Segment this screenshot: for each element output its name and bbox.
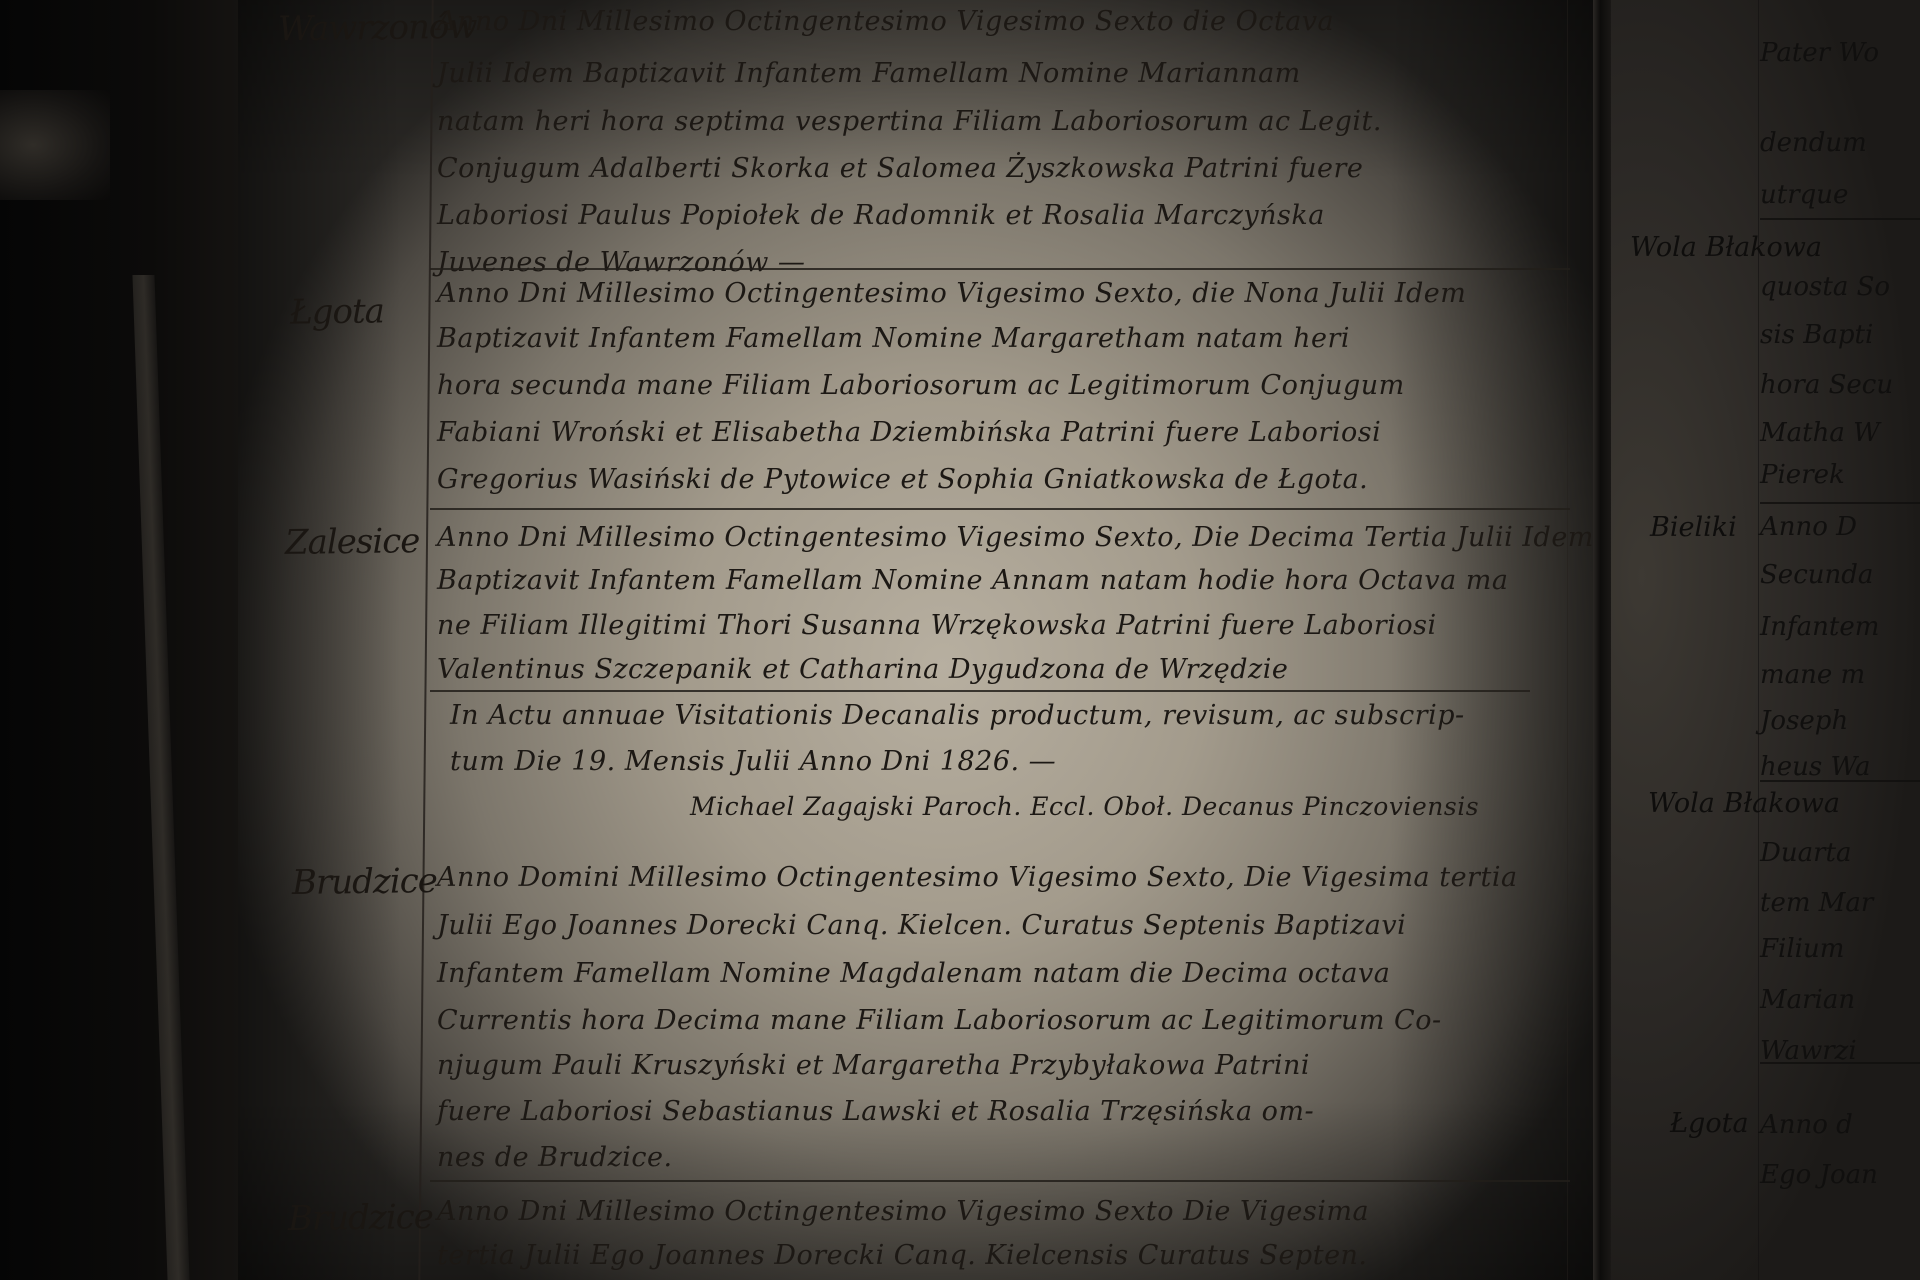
entry-line: Laboriosi Paulus Popiołek de Radomnik et… — [437, 200, 1325, 231]
right-page-place: Bieliki — [1650, 512, 1737, 543]
entry-separator — [430, 1180, 1570, 1182]
entry-separator — [430, 268, 1570, 270]
right-page-fragment: Secunda — [1760, 560, 1873, 590]
right-page-fragment: Matha W — [1760, 418, 1880, 448]
entry-place: Brudzice — [292, 861, 437, 903]
right-page-fragment: Joseph — [1760, 706, 1848, 736]
entry-line: Anno Dni Millesimo Octingentesimo Vigesi… — [437, 6, 1334, 37]
binding-highlight — [0, 90, 110, 200]
entry-line: Valentinus Szczepanik et Catharina Dygud… — [437, 654, 1288, 685]
entry-line: Infantem Famellam Nomine Magdalenam nata… — [437, 958, 1390, 989]
entry-line: natam heri hora septima vespertina Filia… — [437, 106, 1382, 137]
right-page-fragment: hora Secu — [1760, 370, 1893, 400]
right-page-fragment: heus Wa — [1760, 752, 1870, 782]
entry-line: Julii Idem Baptizavit Infantem Famellam … — [437, 58, 1301, 89]
right-page-fragment: Ego Joan — [1760, 1160, 1878, 1190]
entry-line: hora secunda mane Filiam Laboriosorum ac… — [437, 370, 1405, 401]
entry-line: njugum Pauli Kruszyński et Margaretha Pr… — [437, 1050, 1310, 1081]
entry-line: Anno Dni Millesimo Octingentesimo Vigesi… — [437, 278, 1466, 309]
right-page-place: Wola Błakowa — [1630, 232, 1822, 263]
right-page-fragment: mane m — [1760, 660, 1865, 690]
entry-separator — [430, 508, 1570, 510]
entry-line: nes de Brudzice. — [437, 1142, 673, 1173]
entry-line: Baptizavit Infantem Famellam Nomine Marg… — [437, 323, 1350, 354]
entry-place: Zalesice — [285, 521, 420, 563]
entry-line: Anno Domini Millesimo Octingentesimo Vig… — [437, 862, 1518, 893]
right-page-fragment: quosta So — [1760, 272, 1890, 302]
right-page-fragment: Infantem — [1760, 612, 1879, 642]
right-page-fragment: Marian — [1760, 985, 1855, 1015]
right-page-fragment: Anno d — [1760, 1110, 1853, 1140]
right-page-fragment: Pierek — [1760, 460, 1845, 490]
visitation-note-line: tum Die 19. Mensis Julii Anno Dni 1826. … — [450, 746, 1056, 777]
entry-line: Fabiani Wroński et Elisabetha Dziembińsk… — [437, 417, 1381, 448]
entry-line: Anno Dni Millesimo Octingentesimo Vigesi… — [437, 522, 1594, 553]
right-page-separator — [1760, 780, 1920, 782]
entry-line: Juvenes de Wawrzonów — — [437, 247, 805, 278]
right-page-fragment: dendum — [1760, 128, 1867, 158]
right-page-place: Wola Błakowa — [1648, 788, 1840, 819]
entry-line: Baptizavit Infantem Famellam Nomine Anna… — [437, 565, 1508, 596]
right-page-fragment: Filium — [1760, 934, 1844, 964]
right-page-fragment: tem Mar — [1760, 888, 1873, 918]
right-page-separator — [1760, 502, 1920, 504]
entry-line: tertia Julii Ego Joannes Dorecki Canq. K… — [437, 1240, 1368, 1271]
right-page-fragment: Pater Wo — [1760, 38, 1879, 68]
right-page-fragment: Duarta — [1760, 838, 1851, 868]
right-page-fragment: Anno D — [1760, 512, 1857, 542]
entry-line: Conjugum Adalberti Skorka et Salomea Żys… — [437, 153, 1363, 184]
entry-place: Brudzice — [288, 1197, 433, 1239]
entry-line: ne Filiam Illegitimi Thori Susanna Wrzęk… — [437, 610, 1437, 641]
right-page-fragment: utrque — [1760, 180, 1848, 210]
visitation-note-line: In Actu annuae Visitationis Decanalis pr… — [450, 700, 1465, 731]
entry-line: Anno Dni Millesimo Octingentesimo Vigesi… — [437, 1196, 1369, 1227]
book-gutter — [1593, 0, 1611, 1280]
right-page-separator — [1760, 218, 1920, 220]
right-page-place: Łgota — [1670, 1108, 1749, 1139]
entry-separator — [430, 690, 1530, 692]
entry-line: Currentis hora Decima mane Filiam Labori… — [437, 1005, 1442, 1036]
dean-signature: Michael Zagajski Paroch. Eccl. Oboł. Dec… — [690, 792, 1479, 821]
right-page-fragment: sis Bapti — [1760, 320, 1873, 350]
entry-place: Łgota — [290, 291, 384, 332]
right-page-margin-rule — [1758, 0, 1759, 1280]
right-rule-line — [1567, 0, 1568, 1280]
entry-line: fuere Laboriosi Sebastianus Lawski et Ro… — [437, 1096, 1314, 1127]
entry-line: Gregorius Wasiński de Pytowice et Sophia… — [437, 464, 1368, 495]
entry-line: Julii Ego Joannes Dorecki Canq. Kielcen.… — [437, 910, 1406, 941]
right-page-separator — [1760, 1062, 1920, 1064]
